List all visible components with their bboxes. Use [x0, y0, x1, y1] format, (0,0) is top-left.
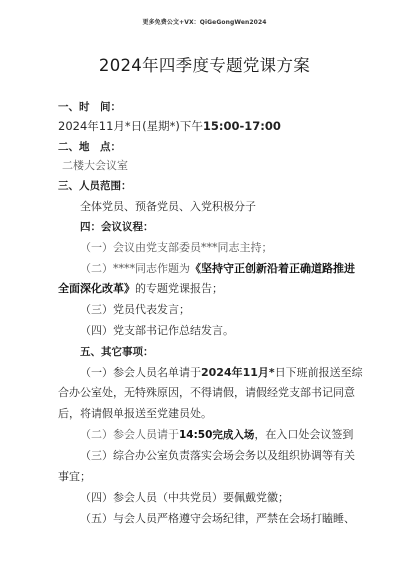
other-item-1-prefix: （一）参会人员名单请于 — [80, 366, 201, 379]
other-item-1-line2: 合办公室处，无特殊原因，不得请假，请假经党支部书记同意 — [58, 386, 355, 400]
agenda-item-2-bold-title: 《坚持守正创新沿着正确道路推进 — [190, 262, 355, 275]
time-range: 15:00-17:00 — [203, 119, 281, 133]
other-item-1-suffix: 日下班前报送至综 — [275, 366, 363, 379]
header-note: 更多免费公文+VX：QiGeGongWen2024 — [0, 17, 409, 26]
other-item-2: （二）参会人员请于14:50完成入场，在入口处会议签到 — [80, 428, 353, 442]
section-place-heading: 二、地 点： — [58, 140, 121, 154]
other-item-3-line2: 事宜； — [58, 470, 91, 484]
other-item-2-suffix: ，在入口处会议签到 — [254, 428, 353, 441]
other-item-1-line3: 后，将请假单报送至党建员处。 — [58, 407, 212, 421]
other-item-1-line1: （一）参会人员名单请于2024年11月*日下班前报送至综 — [80, 366, 363, 380]
other-item-4: （四）参会人员（中共党员）要佩戴党徽； — [80, 491, 289, 505]
other-item-3-line1: （三）综合办公室负责落实会场会务以及组织协调等有关 — [80, 449, 355, 463]
section-place-value: 二楼大会议室 — [62, 159, 128, 173]
other-item-2-prefix: （二）参会人员请于 — [80, 428, 179, 441]
agenda-item-2-prefix: （二）****同志作题为 — [80, 262, 190, 275]
other-item-5: （五）与会人员严格遵守会场纪律，严禁在会场打瞌睡、 — [80, 512, 355, 526]
agenda-item-1: （一）会议由党支部委员***同志主持； — [80, 241, 273, 255]
other-item-1-date: 2024年11月* — [201, 366, 275, 379]
time-date: 2024年11月*日(星期*)下午 — [58, 119, 203, 133]
section-agenda-heading: 四：会议议程： — [80, 220, 154, 234]
section-other-heading: 五、其它事项： — [80, 345, 154, 359]
agenda-item-2-bold-title-cont: 全面深化改革》 — [58, 282, 135, 295]
agenda-item-3: （三）党员代表发言； — [80, 303, 190, 317]
agenda-item-4: （四）党支部书记作总结发言。 — [80, 324, 234, 338]
section-attendees-value: 全体党员、预备党员、入党积极分子 — [80, 200, 256, 214]
agenda-item-2-line2: 全面深化改革》的专题党课报告； — [58, 282, 223, 296]
document-page: 更多免费公文+VX：QiGeGongWen2024 2024年四季度专题党课方案… — [0, 0, 409, 580]
agenda-item-2-suffix: 的专题党课报告； — [135, 282, 223, 295]
document-title: 2024年四季度专题党课方案 — [0, 52, 409, 76]
section-time-heading: 一、时 间： — [58, 100, 121, 114]
other-item-2-bold: 14:50完成入场 — [179, 429, 254, 441]
agenda-item-2-line1: （二）****同志作题为《坚持守正创新沿着正确道路推进 — [80, 262, 355, 276]
section-time-value: 2024年11月*日(星期*)下午15:00-17:00 — [58, 119, 281, 133]
section-attendees-heading: 三、人员范围： — [58, 179, 132, 193]
